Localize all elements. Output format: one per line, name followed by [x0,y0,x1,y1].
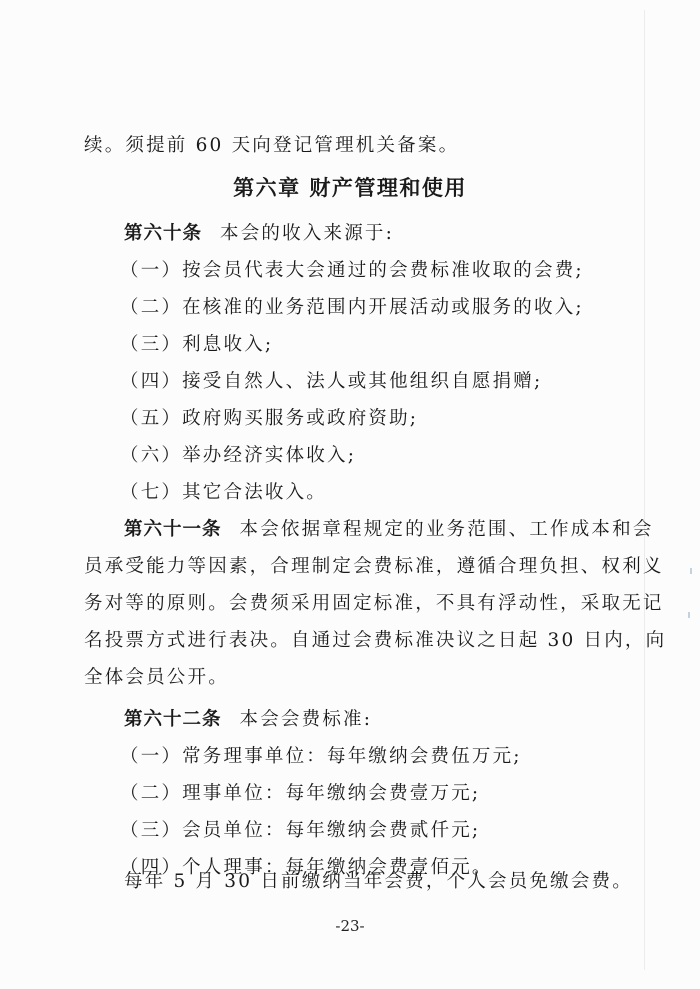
paragraph-line: 全体会员公开。 [84,666,229,690]
chapter-heading: 第六章 财产管理和使用 [0,175,700,201]
list-item: （三）利息收入; [120,333,273,357]
scan-speck [690,568,692,574]
article-number: 第六十二条 [124,709,222,730]
scan-edge-line [644,10,645,970]
scan-speck [688,612,690,618]
article-intro: 本会的收入来源于: [220,223,394,244]
list-item: （一）按会员代表大会通过的会费标准收取的会费; [120,259,584,283]
list-item: （二）在核准的业务范围内开展活动或服务的收入; [120,296,584,320]
list-item: （一）常务理事单位：每年缴纳会费伍万元; [120,745,522,769]
closing-line: 每年 5 月 30 日前缴纳当年会费，个人会员免缴会费。 [124,870,633,894]
list-item: （六）举办经济实体收入; [120,444,356,468]
article-number: 第六十一条 [124,519,222,540]
list-item: （七）其它合法收入。 [120,481,327,505]
article-60: 第六十条本会的收入来源于: [124,222,394,246]
list-item: （五）政府购买服务或政府资助; [120,407,418,431]
paragraph-line: 本会依据章程规定的业务范围、工作成本和会 [240,519,654,540]
list-item: （二）理事单位：每年缴纳会费壹万元; [120,782,480,806]
paragraph-line: 务对等的原则。会费须采用固定标准，不具有浮动性，采取无记 [84,592,664,616]
paragraph-line: 员承受能力等因素，合理制定会费标准，遵循合理负担、权利义 [84,555,664,579]
paragraph-line: 名投票方式进行表决。自通过会费标准决议之日起 30 日内，向 [84,629,666,653]
article-62: 第六十二条本会会费标准: [124,708,372,732]
list-item: （四）接受自然人、法人或其他组织自愿捐赠; [120,370,542,394]
article-number: 第六十条 [124,223,202,244]
page-number: -23- [0,917,700,935]
list-item: （三）会员单位：每年缴纳会费贰仟元; [120,819,480,843]
article-61: 第六十一条本会依据章程规定的业务范围、工作成本和会 [124,518,654,542]
article-intro: 本会会费标准: [240,709,373,730]
document-page: 续。须提前 60 天向登记管理机关备案。 第六章 财产管理和使用 第六十条本会的… [0,0,700,989]
continuation-line: 续。须提前 60 天向登记管理机关备案。 [84,134,459,158]
